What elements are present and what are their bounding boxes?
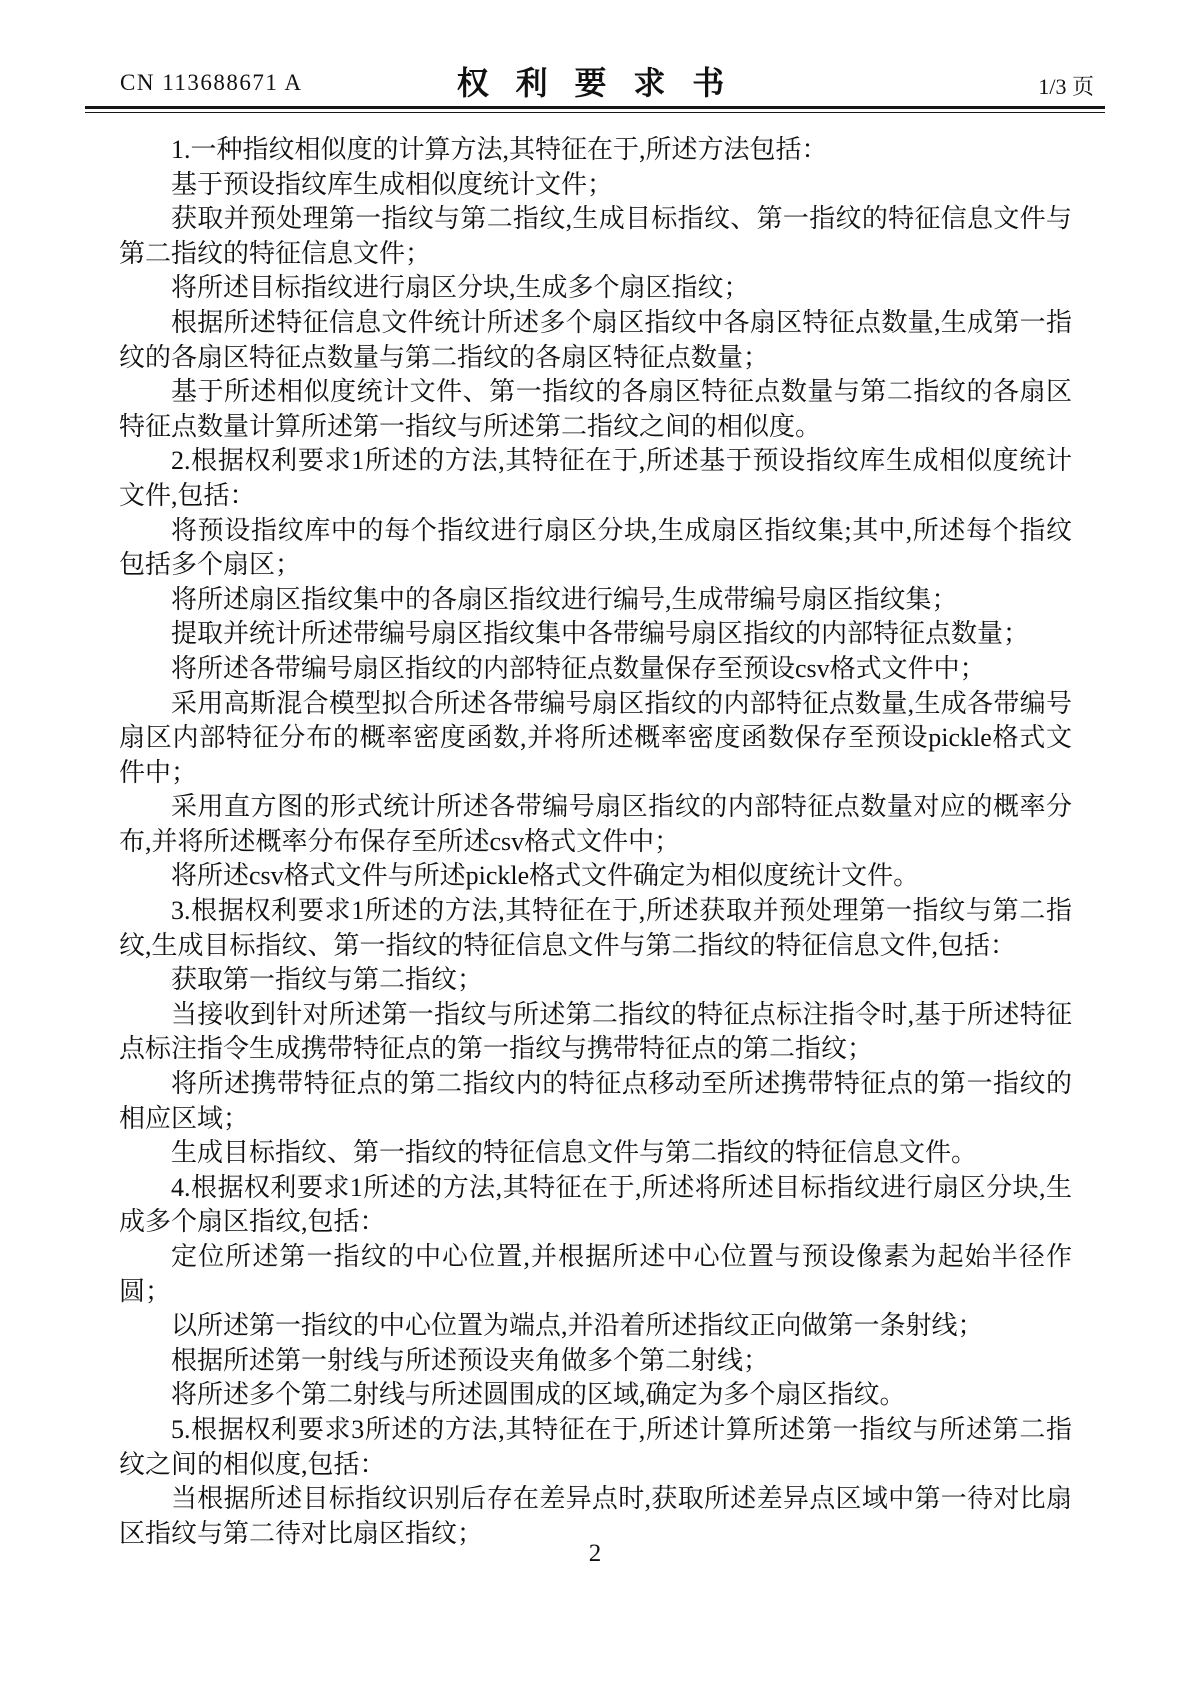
claim-paragraph: 获取并预处理第一指纹与第二指纹,生成目标指纹、第一指纹的特征信息文件与第二指纹的… [119,202,1072,271]
header-page-indicator: 1/3 页 [1038,70,1094,101]
claims-text-body: 1.一种指纹相似度的计算方法,其特征在于,所述方法包括：基于预设指纹库生成相似度… [119,133,1072,1551]
document-title: 权 利 要 求 书 [0,58,1190,104]
claim-paragraph: 将所述扇区指纹集中的各扇区指纹进行编号,生成带编号扇区指纹集； [119,583,1072,618]
claim-paragraph: 将所述各带编号扇区指纹的内部特征点数量保存至预设csv格式文件中； [119,652,1072,687]
claim-paragraph: 将所述目标指纹进行扇区分块,生成多个扇区指纹； [119,271,1072,306]
patent-claims-page: CN 113688671 A 权 利 要 求 书 1/3 页 1.一种指纹相似度… [0,0,1190,1684]
claim-paragraph: 生成目标指纹、第一指纹的特征信息文件与第二指纹的特征信息文件。 [119,1136,1072,1171]
claim-paragraph: 当接收到针对所述第一指纹与所述第二指纹的特征点标注指令时,基于所述特征点标注指令… [119,998,1072,1067]
claim-paragraph: 3.根据权利要求1所述的方法,其特征在于,所述获取并预处理第一指纹与第二指纹,生… [119,894,1072,963]
claim-paragraph: 5.根据权利要求3所述的方法,其特征在于,所述计算所述第一指纹与所述第二指纹之间… [119,1413,1072,1482]
claim-paragraph: 采用直方图的形式统计所述各带编号扇区指纹的内部特征点数量对应的概率分布,并将所述… [119,790,1072,859]
claim-paragraph: 4.根据权利要求1所述的方法,其特征在于,所述将所述目标指纹进行扇区分块,生成多… [119,1171,1072,1240]
claim-paragraph: 采用高斯混合模型拟合所述各带编号扇区指纹的内部特征点数量,生成各带编号扇区内部特… [119,687,1072,791]
claim-paragraph: 基于预设指纹库生成相似度统计文件； [119,168,1072,203]
claim-paragraph: 根据所述第一射线与所述预设夹角做多个第二射线； [119,1344,1072,1379]
claim-paragraph: 提取并统计所述带编号扇区指纹集中各带编号扇区指纹的内部特征点数量； [119,617,1072,652]
claim-paragraph: 基于所述相似度统计文件、第一指纹的各扇区特征点数量与第二指纹的各扇区特征点数量计… [119,375,1072,444]
page-header: CN 113688671 A 权 利 要 求 书 1/3 页 [0,0,1190,112]
claim-paragraph: 将预设指纹库中的每个指纹进行扇区分块,生成扇区指纹集;其中,所述每个指纹包括多个… [119,514,1072,583]
header-divider-rule [85,106,1105,113]
claim-paragraph: 将所述csv格式文件与所述pickle格式文件确定为相似度统计文件。 [119,859,1072,894]
claim-paragraph: 以所述第一指纹的中心位置为端点,并沿着所述指纹正向做第一条射线； [119,1309,1072,1344]
claim-paragraph: 获取第一指纹与第二指纹； [119,963,1072,998]
claim-paragraph: 根据所述特征信息文件统计所述多个扇区指纹中各扇区特征点数量,生成第一指纹的各扇区… [119,306,1072,375]
claim-paragraph: 1.一种指纹相似度的计算方法,其特征在于,所述方法包括： [119,133,1072,168]
claim-paragraph: 将所述携带特征点的第二指纹内的特征点移动至所述携带特征点的第一指纹的相应区域； [119,1067,1072,1136]
claim-paragraph: 将所述多个第二射线与所述圆围成的区域,确定为多个扇区指纹。 [119,1378,1072,1413]
claim-paragraph: 定位所述第一指纹的中心位置,并根据所述中心位置与预设像素为起始半径作圆； [119,1240,1072,1309]
footer-page-number: 2 [0,1540,1190,1568]
claim-paragraph: 2.根据权利要求1所述的方法,其特征在于,所述基于预设指纹库生成相似度统计文件,… [119,444,1072,513]
